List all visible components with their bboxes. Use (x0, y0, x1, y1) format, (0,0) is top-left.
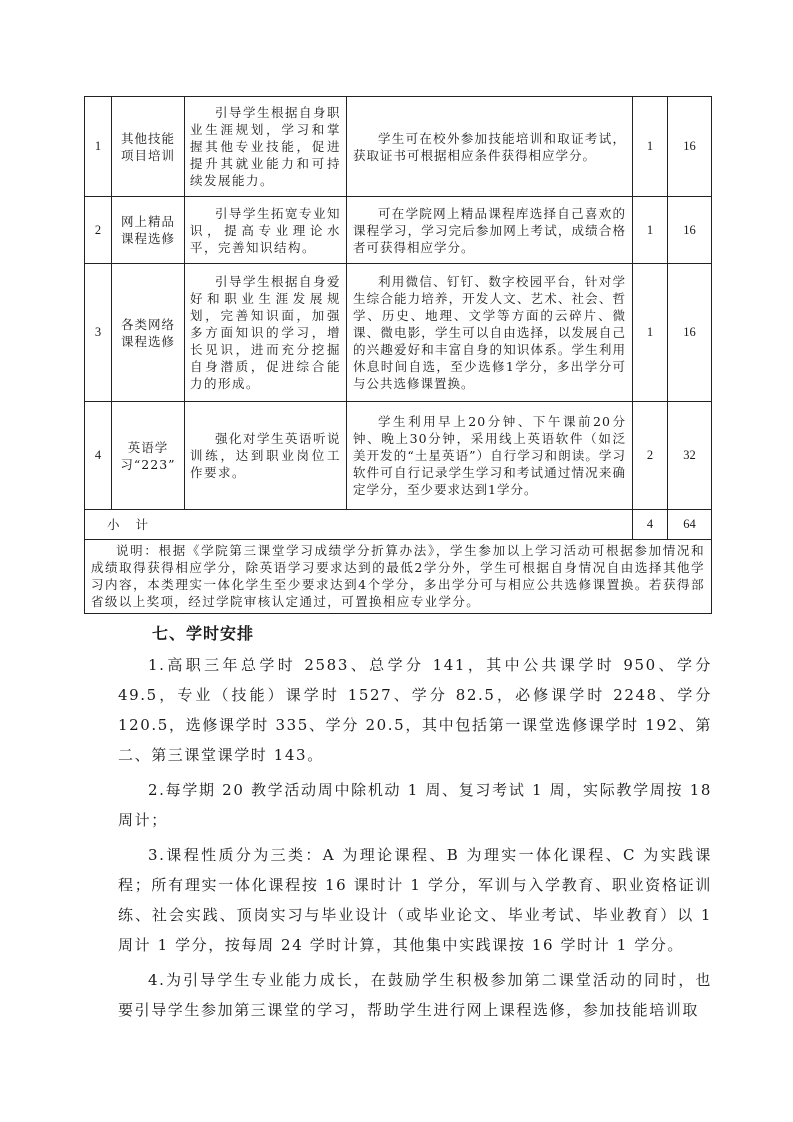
item-description: 学生利用早上20分钟、下午课前20分钟、晚上30分钟，采用线上英语软件（如泛美开… (347, 402, 633, 510)
item-hours: 32 (668, 402, 712, 510)
section-body: 1.高职三年总学时 2583、总学分 141，其中公共课学时 950、学分 49… (118, 650, 712, 1025)
item-credits: 1 (633, 197, 668, 264)
table-row: 4 英语学习“223” 强化对学生英语听说训练，达到职业岗位工作要求。 学生利用… (85, 402, 712, 510)
subtotal-credits: 4 (633, 510, 668, 540)
note-row: 说明：根据《学院第三课堂学习成绩学分折算办法》，学生参加以上学习活动可根据参加情… (85, 540, 712, 614)
subtotal-row: 小 计 4 64 (85, 510, 712, 540)
item-hours: 16 (668, 264, 712, 402)
item-name: 各类网络课程选修 (112, 264, 185, 402)
table-row: 1 其他技能项目培训 引导学生根据自身职业生涯规划，学习和掌握其他专业技能，促进… (85, 97, 712, 197)
section-heading: 七、学时安排 (152, 621, 254, 644)
item-hours: 16 (668, 97, 712, 197)
table-note: 说明：根据《学院第三课堂学习成绩学分折算办法》，学生参加以上学习活动可根据参加情… (85, 540, 712, 614)
paragraph-2: 2.每学期 20 教学活动周中除机动 1 周、复习考试 1 周，实际教学周按 1… (118, 775, 712, 835)
document-page: 1 其他技能项目培训 引导学生根据自身职业生涯规划，学习和掌握其他专业技能，促进… (0, 0, 793, 1122)
item-goal: 引导学生根据自身爱好和职业生涯发展规划，完善知识面，加强多方面知识的学习，增长见… (185, 264, 347, 402)
item-description: 可在学院网上精品课程库选择自己喜欢的课程学习，学习完后参加网上考试，成绩合格者可… (347, 197, 633, 264)
item-goal: 引导学生拓宽专业知识，提高专业理论水平，完善知识结构。 (185, 197, 347, 264)
item-credits: 1 (633, 97, 668, 197)
item-credits: 1 (633, 264, 668, 402)
row-index: 4 (85, 402, 112, 510)
item-name: 网上精品课程选修 (112, 197, 185, 264)
subtotal-label: 小 计 (85, 510, 633, 540)
item-description: 学生可在校外参加技能培训和取证考试，获取证书可根据相应条件获得相应学分。 (347, 97, 633, 197)
paragraph-1: 1.高职三年总学时 2583、总学分 141，其中公共课学时 950、学分 49… (118, 650, 712, 770)
item-hours: 16 (668, 197, 712, 264)
row-index: 1 (85, 97, 112, 197)
third-classroom-credits-table: 1 其他技能项目培训 引导学生根据自身职业生涯规划，学习和掌握其他专业技能，促进… (84, 96, 712, 614)
table-row: 2 网上精品课程选修 引导学生拓宽专业知识，提高专业理论水平，完善知识结构。 可… (85, 197, 712, 264)
paragraph-4: 4.为引导学生专业能力成长，在鼓励学生积极参加第二课堂活动的同时，也要引导学生参… (118, 965, 712, 1025)
item-description: 利用微信、钉钉、数字校园平台，针对学生综合能力培养，开发人文、艺术、社会、哲学、… (347, 264, 633, 402)
item-goal: 强化对学生英语听说训练，达到职业岗位工作要求。 (185, 402, 347, 510)
item-name: 英语学习“223” (112, 402, 185, 510)
item-name: 其他技能项目培训 (112, 97, 185, 197)
subtotal-hours: 64 (668, 510, 712, 540)
row-index: 3 (85, 264, 112, 402)
table-row: 3 各类网络课程选修 引导学生根据自身爱好和职业生涯发展规划，完善知识面，加强多… (85, 264, 712, 402)
paragraph-3: 3.课程性质分为三类：A 为理论课程、B 为理实一体化课程、C 为实践课程；所有… (118, 840, 712, 960)
item-credits: 2 (633, 402, 668, 510)
row-index: 2 (85, 197, 112, 264)
item-goal: 引导学生根据自身职业生涯规划，学习和掌握其他专业技能，促进提升其就业能力和可持续… (185, 97, 347, 197)
